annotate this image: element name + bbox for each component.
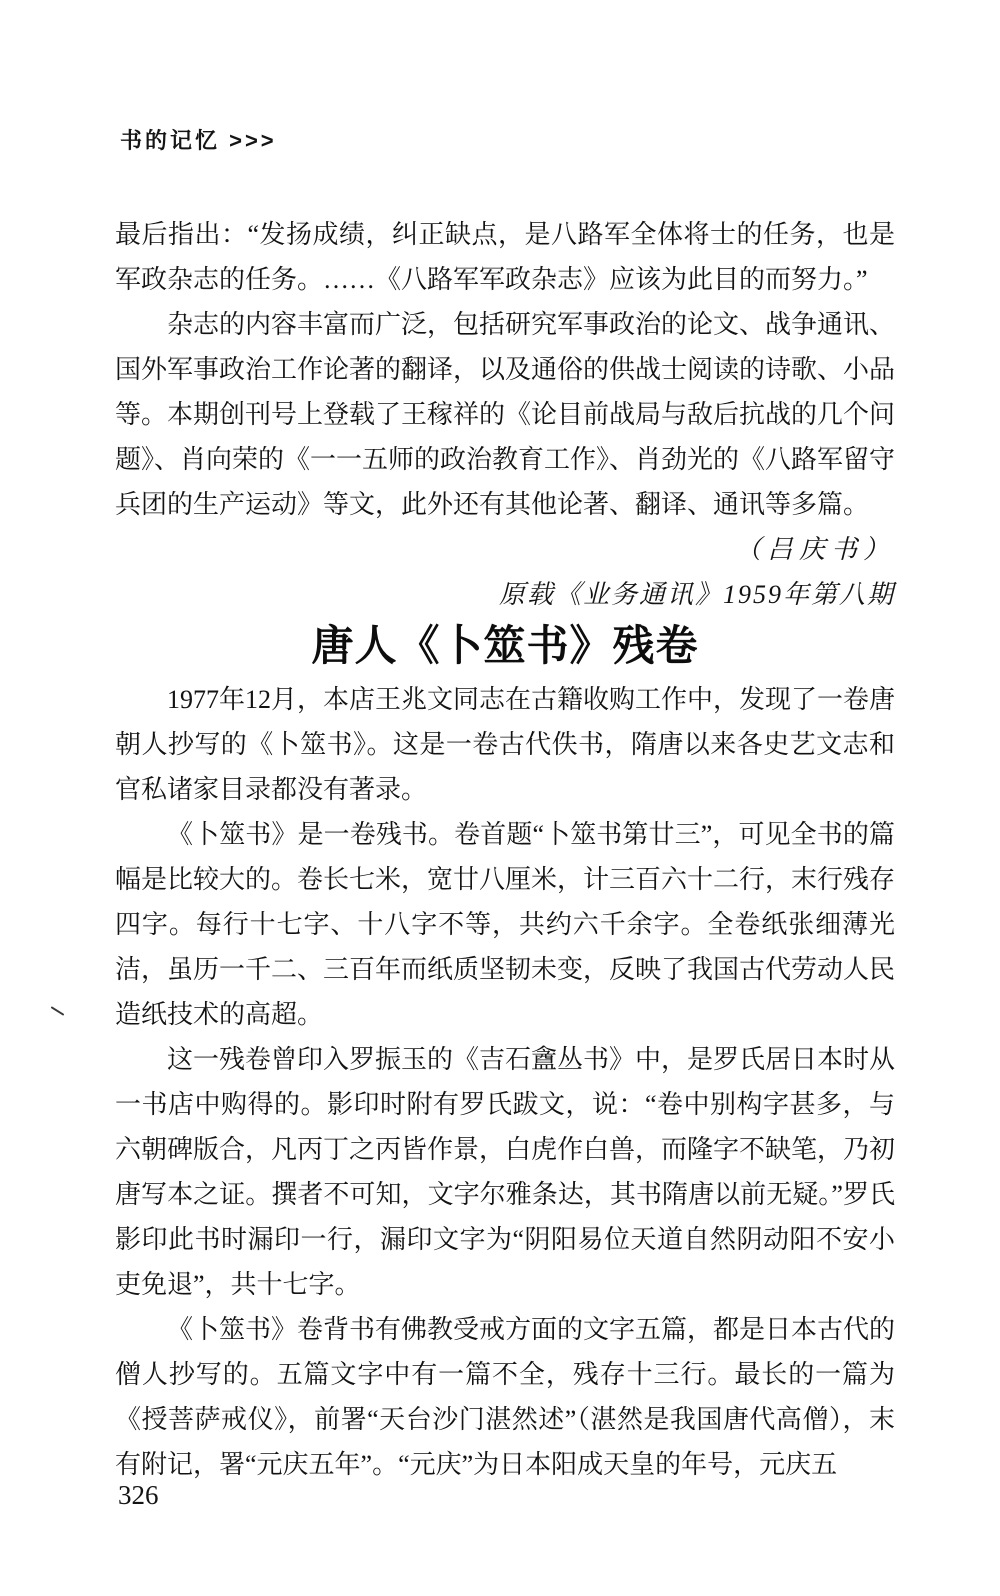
prev-article-source-note: 原载《业务通讯》1959年第八期 (115, 572, 895, 617)
book-page: 书的记忆 >>> 最后指出：“发扬成绩，纠正缺点，是八路军全体将士的任务，也是军… (0, 0, 1000, 1596)
article-paragraph-1: 1977年12月，本店王兆文同志在古籍收购工作中，发现了一卷唐朝人抄写的《卜筮书… (115, 677, 895, 812)
article-paragraph-3: 这一残卷曾印入罗振玉的《吉石盦丛书》中，是罗氏居日本时从一书店中购得的。影印时附… (115, 1037, 895, 1307)
article-paragraph-4: 《卜筮书》卷背书有佛教受戒方面的文字五篇，都是日本古代的僧人抄写的。五篇文字中有… (115, 1307, 895, 1487)
margin-artifact-mark (51, 1006, 65, 1016)
text-column: 最后指出：“发扬成绩，纠正缺点，是八路军全体将士的任务，也是军政杂志的任务。……… (115, 212, 895, 1487)
article-paragraph-2: 《卜筮书》是一卷残书。卷首题“卜筮书第廿三”，可见全书的篇幅是比较大的。卷长七米… (115, 812, 895, 1037)
article-title: 唐人《卜筮书》残卷 (115, 617, 895, 677)
running-header: 书的记忆 >>> (120, 124, 277, 155)
prev-article-closing-paragraph: 最后指出：“发扬成绩，纠正缺点，是八路军全体将士的任务，也是军政杂志的任务。……… (115, 212, 895, 302)
page-number: 326 (118, 1480, 159, 1511)
prev-article-byline: （吕庆书） (115, 527, 895, 572)
prev-article-content-paragraph: 杂志的内容丰富而广泛，包括研究军事政治的论文、战争通讯、国外军事政治工作论著的翻… (115, 302, 895, 527)
